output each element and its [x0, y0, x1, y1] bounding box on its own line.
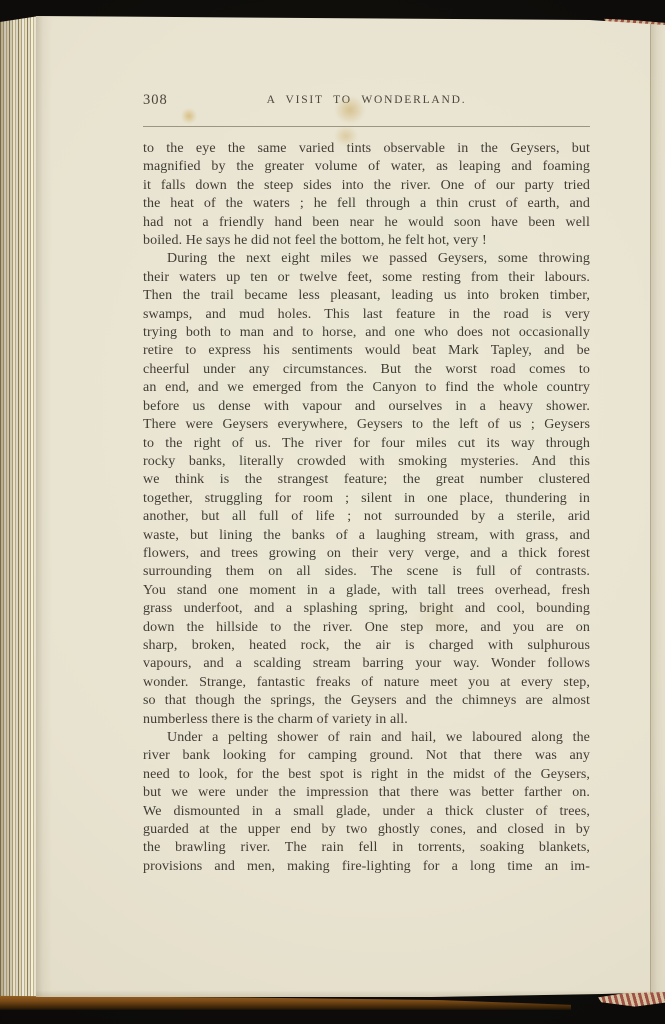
text-line: an end, and we emerged from the Canyon t…	[143, 379, 590, 397]
text-line: down the hillside to the river. One step…	[143, 619, 590, 637]
text-line: guarded at the upper end by two ghostly …	[143, 821, 590, 839]
text-line: but we were under the impression that th…	[143, 784, 590, 802]
text-line: it falls down the steep sides into the r…	[143, 177, 590, 195]
text-line: to the eye the same varied tints observa…	[143, 140, 590, 158]
book-page: 308 A VISIT TO WONDERLAND. to the eye th…	[36, 14, 665, 997]
text-line: the heat of the waters ; he fell through…	[143, 195, 590, 213]
page-fold-edge	[650, 24, 665, 997]
text-line: we think is the strangest feature; the g…	[143, 471, 590, 489]
text-line: cheerful under any circumstances. But th…	[143, 361, 590, 379]
text-line: another, but all full of life ; not surr…	[143, 508, 590, 526]
running-title: A VISIT TO WONDERLAND.	[143, 94, 590, 106]
text-line: provisions and men, making fire-lighting…	[143, 858, 590, 876]
text-line: vapours, and a scalding stream barring y…	[143, 655, 590, 673]
page-content: 308 A VISIT TO WONDERLAND. to the eye th…	[143, 92, 590, 876]
text-line: During the next eight miles we passed Ge…	[143, 250, 590, 268]
text-line: retire to express his sentiments would b…	[143, 342, 590, 360]
text-line: sharp, broken, heated rock, the air is c…	[143, 637, 590, 655]
text-line: boiled. He says he did not feel the bott…	[143, 232, 590, 250]
text-line: magnified by the greater volume of water…	[143, 158, 590, 176]
text-line: grass underfoot, and a splashing spring,…	[143, 600, 590, 618]
text-line: swamps, and mud holes. This last feature…	[143, 306, 590, 324]
book-page-edges	[0, 16, 39, 1007]
text-line: We dismounted in a small glade, under a …	[143, 803, 590, 821]
text-line: You stand one moment in a glade, with ta…	[143, 582, 590, 600]
header-rule	[143, 126, 590, 127]
text-line: had not a friendly hand been near he wou…	[143, 214, 590, 232]
text-line: rocky banks, literally crowded with smok…	[143, 453, 590, 471]
text-line: Under a pelting shower of rain and hail,…	[143, 729, 590, 747]
text-line: before us dense with vapour and ourselve…	[143, 398, 590, 416]
text-line: so that though the springs, the Geysers …	[143, 692, 590, 710]
scanned-book-photo: 308 A VISIT TO WONDERLAND. to the eye th…	[0, 0, 665, 1024]
text-line: need to look, for the best spot is right…	[143, 766, 590, 784]
text-line: wonder. Strange, fantastic freaks of nat…	[143, 674, 590, 692]
text-line: surrounding them on all sides. The scene…	[143, 563, 590, 581]
text-line: to the right of us. The river for four m…	[143, 435, 590, 453]
text-line: river bank looking for camping ground. N…	[143, 747, 590, 765]
text-line: There were Geysers everywhere, Geysers t…	[143, 416, 590, 434]
text-line: numberless there is the charm of variety…	[143, 711, 590, 729]
text-line: Then the trail became less pleasant, lea…	[143, 287, 590, 305]
text-line: together, struggling for room ; silent i…	[143, 490, 590, 508]
text-line: flowers, and trees growing on their very…	[143, 545, 590, 563]
text-line: the brawling river. The rain fell in tor…	[143, 839, 590, 857]
text-line: trying both to man and to horse, and one…	[143, 324, 590, 342]
page-header: 308 A VISIT TO WONDERLAND.	[143, 92, 590, 112]
body-text: to the eye the same varied tints observa…	[143, 140, 590, 876]
text-line: their waters up ten or twelve feet, some…	[143, 269, 590, 287]
text-line: waste, but lining the banks of a laughin…	[143, 527, 590, 545]
